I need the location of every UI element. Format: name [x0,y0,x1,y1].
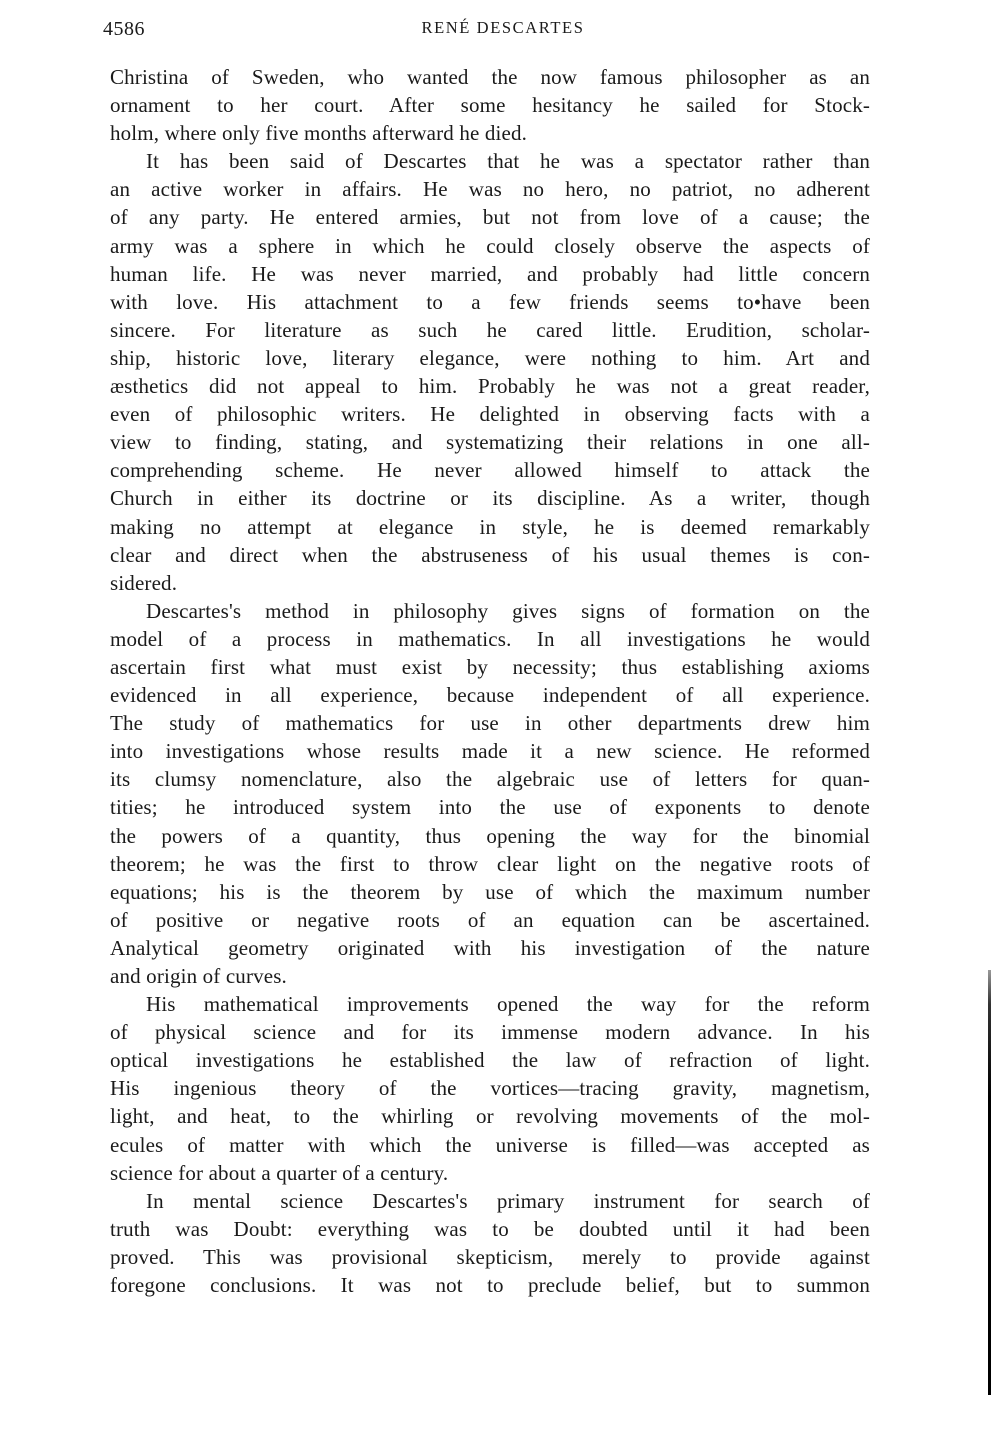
text-line: science for about a quarter of a century… [110,1159,870,1187]
text-line: Descartes's method in philosophy gives s… [110,597,870,625]
text-line: the powers of a quantity, thus opening t… [110,822,870,850]
text-line: human life. He was never married, and pr… [110,260,870,288]
text-line: It has been said of Descartes that he wa… [110,147,870,175]
text-line: The study of mathematics for use in othe… [110,709,870,737]
text-line: ascertain first what must exist by neces… [110,653,870,681]
text-line: army was a sphere in which he could clos… [110,232,870,260]
text-line: an active worker in affairs. He was no h… [110,175,870,203]
text-line: holm, where only five months afterward h… [110,119,870,147]
text-line: His ingenious theory of the vortices—tra… [110,1074,870,1102]
text-line: equations; his is the theorem by use of … [110,878,870,906]
text-line: ship, historic love, literary elegance, … [110,344,870,372]
paragraph: Christina of Sweden, who wanted the now … [110,63,870,147]
text-line: its clumsy nomenclature, also the algebr… [110,765,870,793]
text-line: optical investigations he established th… [110,1046,870,1074]
text-line: view to finding, stating, and systematiz… [110,428,870,456]
paragraph: Descartes's method in philosophy gives s… [110,597,870,990]
text-line: ecules of matter with which the universe… [110,1131,870,1159]
text-line: of physical science and for its immense … [110,1018,870,1046]
text-line: His mathematical improvements opened the… [110,990,870,1018]
text-line: Church in either its doctrine or its dis… [110,484,870,512]
text-line: sidered. [110,569,870,597]
text-line: light, and heat, to the whirling or revo… [110,1102,870,1130]
text-line: evidenced in all experience, because ind… [110,681,870,709]
paragraph: It has been said of Descartes that he wa… [110,147,870,597]
text-line: into investigations whose results made i… [110,737,870,765]
text-line: foregone conclusions. It was not to prec… [110,1271,870,1299]
text-line: truth was Doubt: everything was to be do… [110,1215,870,1243]
text-line: making no attempt at elegance in style, … [110,513,870,541]
text-line: model of a process in mathematics. In al… [110,625,870,653]
text-line: tities; he introduced system into the us… [110,793,870,821]
text-line: In mental science Descartes's primary in… [110,1187,870,1215]
text-line: proved. This was provisional skepticism,… [110,1243,870,1271]
body-text: Christina of Sweden, who wanted the now … [110,63,870,1299]
text-line: with love. His attachment to a few frien… [110,288,870,316]
text-line: æsthetics did not appeal to him. Probabl… [110,372,870,400]
running-head: RENÉ DESCARTES [0,18,1000,38]
text-line: even of philosophic writers. He delighte… [110,400,870,428]
text-line: Christina of Sweden, who wanted the now … [110,63,870,91]
text-line: sincere. For literature as such he cared… [110,316,870,344]
text-line: theorem; he was the first to throw clear… [110,850,870,878]
paragraph: In mental science Descartes's primary in… [110,1187,870,1299]
text-line: Analytical geometry originated with his … [110,934,870,962]
text-line: comprehending scheme. He never allowed h… [110,456,870,484]
text-line: ornament to her court. After some hesita… [110,91,870,119]
text-line: of positive or negative roots of an equa… [110,906,870,934]
text-line: and origin of curves. [110,962,870,990]
scan-margin-line [988,970,991,1395]
text-line: of any party. He entered armies, but not… [110,203,870,231]
text-line: clear and direct when the abstruseness o… [110,541,870,569]
paragraph: His mathematical improvements opened the… [110,990,870,1187]
